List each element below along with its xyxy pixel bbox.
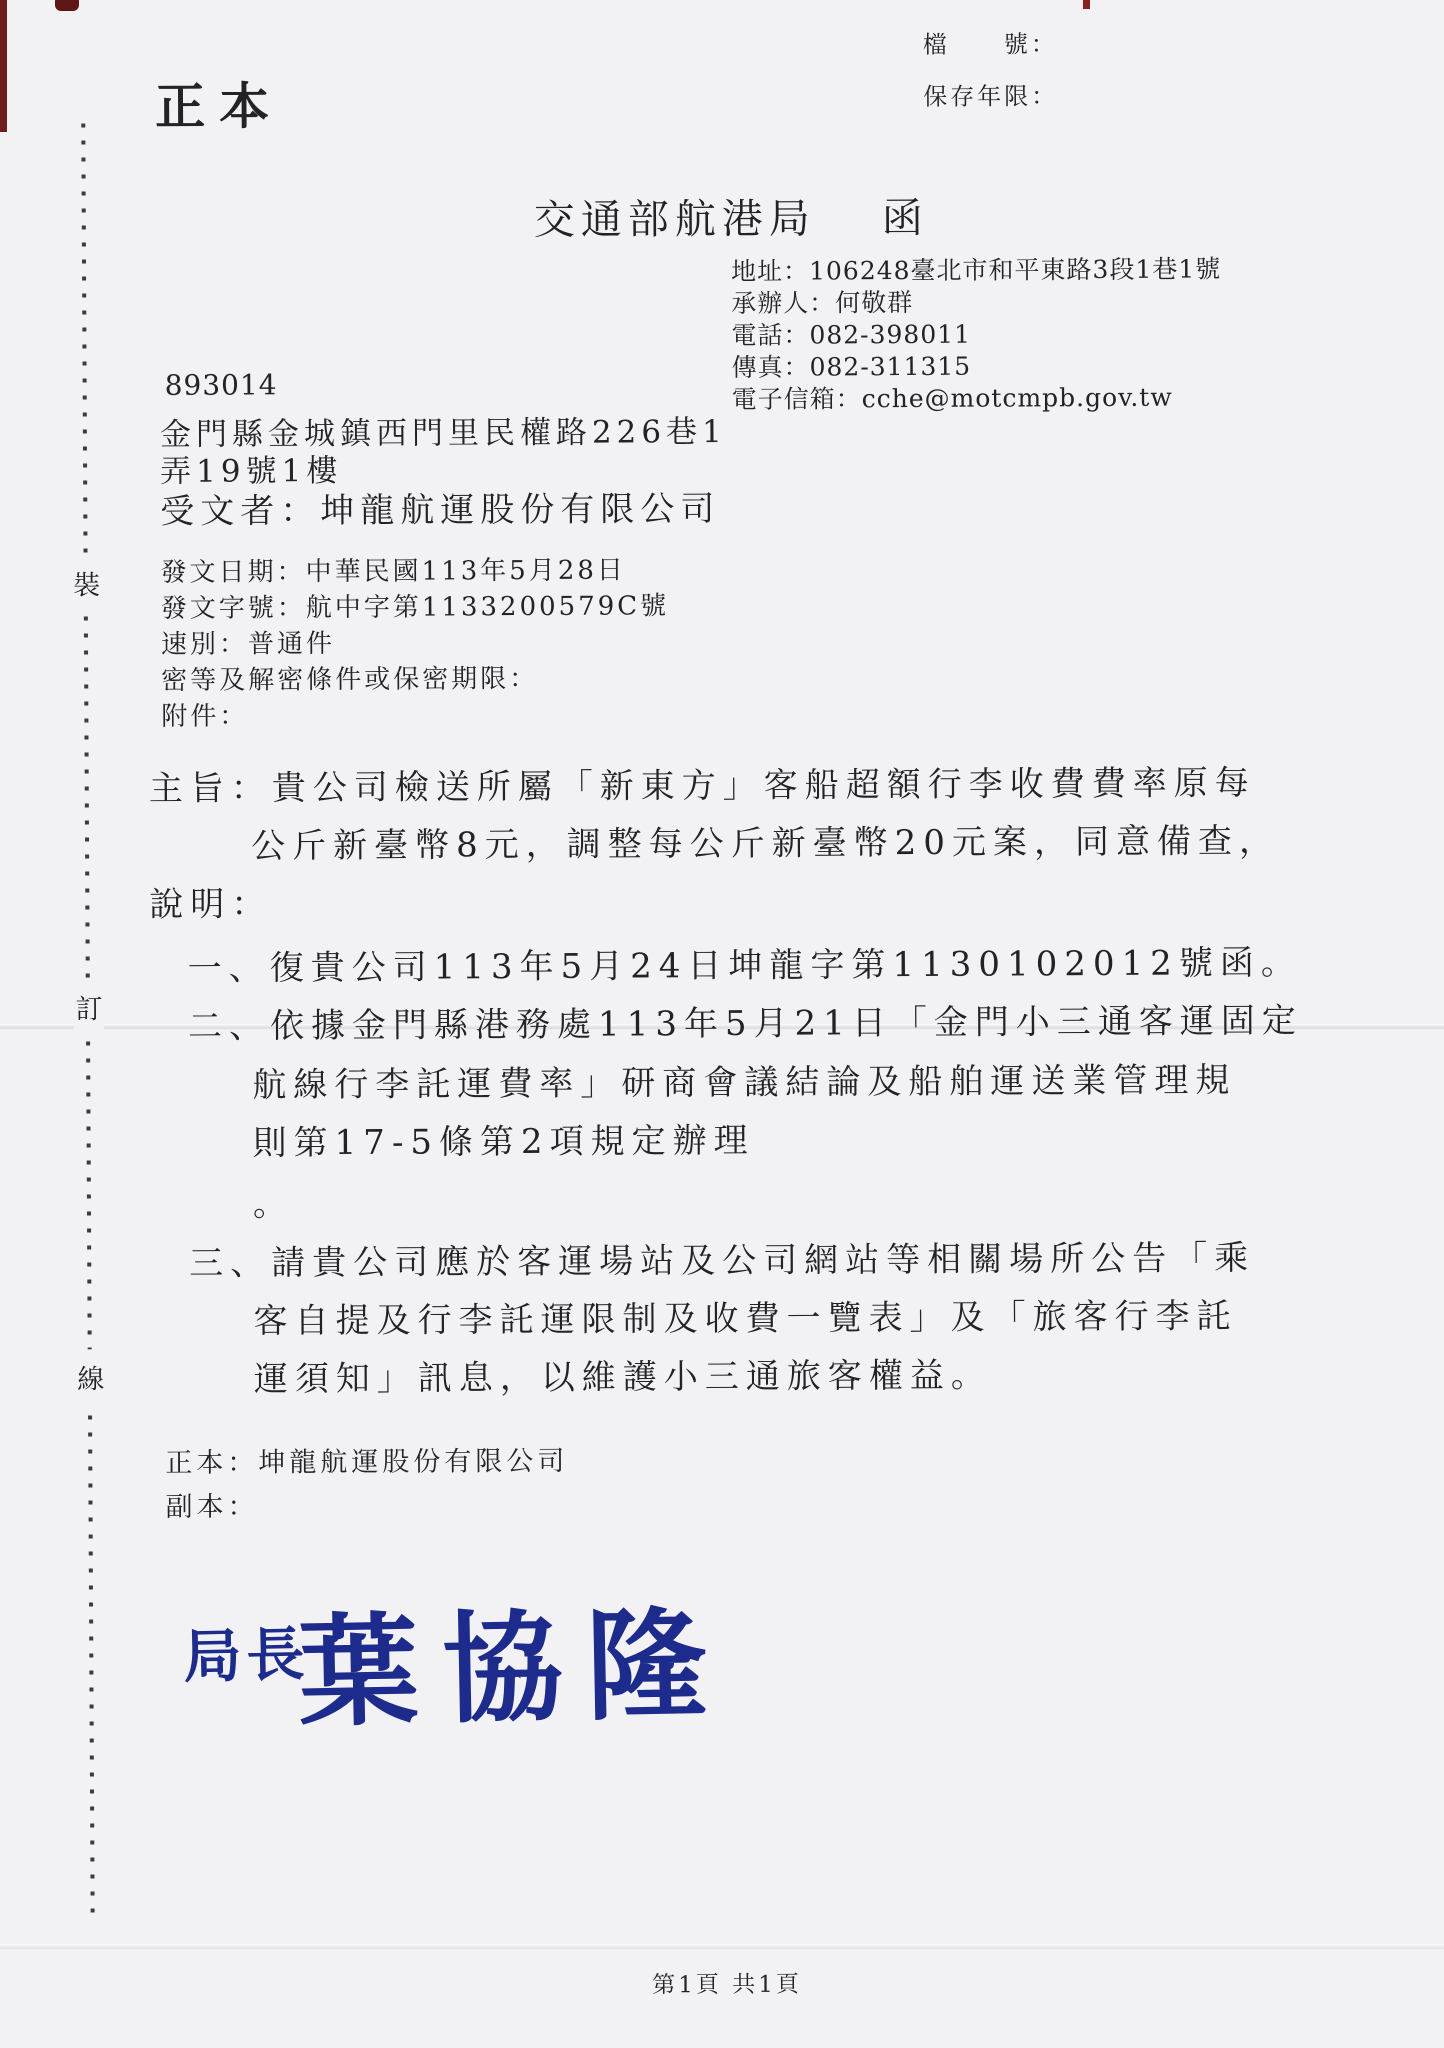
priority-line: 速別：普通件 — [161, 624, 670, 663]
explanation-item-2-line-2: 航線行李託運費率」研商會議結論及船舶運送業管理規 — [252, 1052, 1236, 1106]
page-content: 裝 訂 線 正本 檔 號： 保存年限： 交通部航港局 函 地址：106248臺北… — [0, 0, 1444, 2048]
retention-label: 保存年限： — [923, 76, 1058, 112]
explanation-item-2-line-4: 。 — [253, 1176, 294, 1225]
attachment-line: 附件： — [161, 696, 670, 735]
binding-label-ding: 訂 — [74, 979, 104, 1034]
security-line: 密等及解密條件或保密期限： — [161, 660, 670, 699]
explanation-item-3-line-1: 三、請貴公司應於客運場站及公司網站等相關場所公告「乘 — [189, 1230, 1255, 1285]
binding-label-xian: 線 — [76, 1349, 106, 1404]
agency-contact-block: 地址：106248臺北市和平東路3段1巷1號 承辦人：何敬群 電話：082-39… — [731, 253, 1222, 416]
agency-fax: 傳真：082-311315 — [731, 349, 1221, 384]
explanation-item-2-line-1: 二、依據金門縣港務處113年5月21日「金門小三通客運固定 — [188, 993, 1303, 1048]
agency-phone: 電話：082-398011 — [731, 317, 1221, 352]
agency-title: 交通部航港局 函 — [534, 185, 929, 246]
subject-line-2: 公斤新臺幣8元，調整每公斤新臺幣20元案，同意備查， — [251, 813, 1280, 867]
explanation-item-3-line-3: 運須知」訊息，以維護小三通旅客權益。 — [254, 1348, 992, 1401]
doc-number-line: 發文字號：航中字第1133200579C號 — [161, 588, 670, 627]
explanation-item-1: 一、復貴公司113年5月24日坤龍字第1130102012號函。 — [188, 935, 1302, 990]
recipient-postal-code: 893014 — [165, 368, 278, 402]
copy-stamp: 正本 — [155, 66, 283, 139]
binding-label-zhuang: 裝 — [72, 555, 102, 610]
agency-email: 電子信箱：cche@motcmpb.gov.tw — [732, 381, 1222, 416]
document-sheet: 裝 訂 線 正本 檔 號： 保存年限： 交通部航港局 函 地址：106248臺北… — [0, 0, 1444, 2048]
explanation-item-2-line-3: 則第17-5條第2項規定辦理 — [252, 1113, 754, 1165]
explanation-label: 說明： — [149, 876, 272, 926]
signature-name: 葉協隆 — [297, 1569, 732, 1749]
agency-officer: 承辦人：何敬群 — [731, 285, 1221, 320]
issue-date-line: 發文日期：中華民國113年5月28日 — [161, 552, 670, 591]
original-to-line: 正本：坤龍航運股份有限公司 — [165, 1439, 568, 1480]
explanation-item-3-line-2: 客自提及行李託運限制及收費一覽表」及「旅客行李託 — [253, 1288, 1237, 1342]
document-meta-block: 發文日期：中華民國113年5月28日 發文字號：航中字第1133200579C號… — [161, 552, 670, 735]
addressee-line: 受文者：坤龍航運股份有限公司 — [160, 481, 720, 533]
file-number-label: 檔 號： — [923, 24, 1058, 60]
copy-to-line: 副本： — [165, 1484, 258, 1523]
signature-title: 局長 — [182, 1607, 310, 1694]
agency-address: 地址：106248臺北市和平東路3段1巷1號 — [731, 253, 1221, 288]
page-indicator: 第1頁 共1頁 — [5, 1962, 1444, 2003]
subject-line-1: 主旨：貴公司檢送所屬「新東方」客船超額行李收費費率原每 — [149, 755, 1256, 810]
